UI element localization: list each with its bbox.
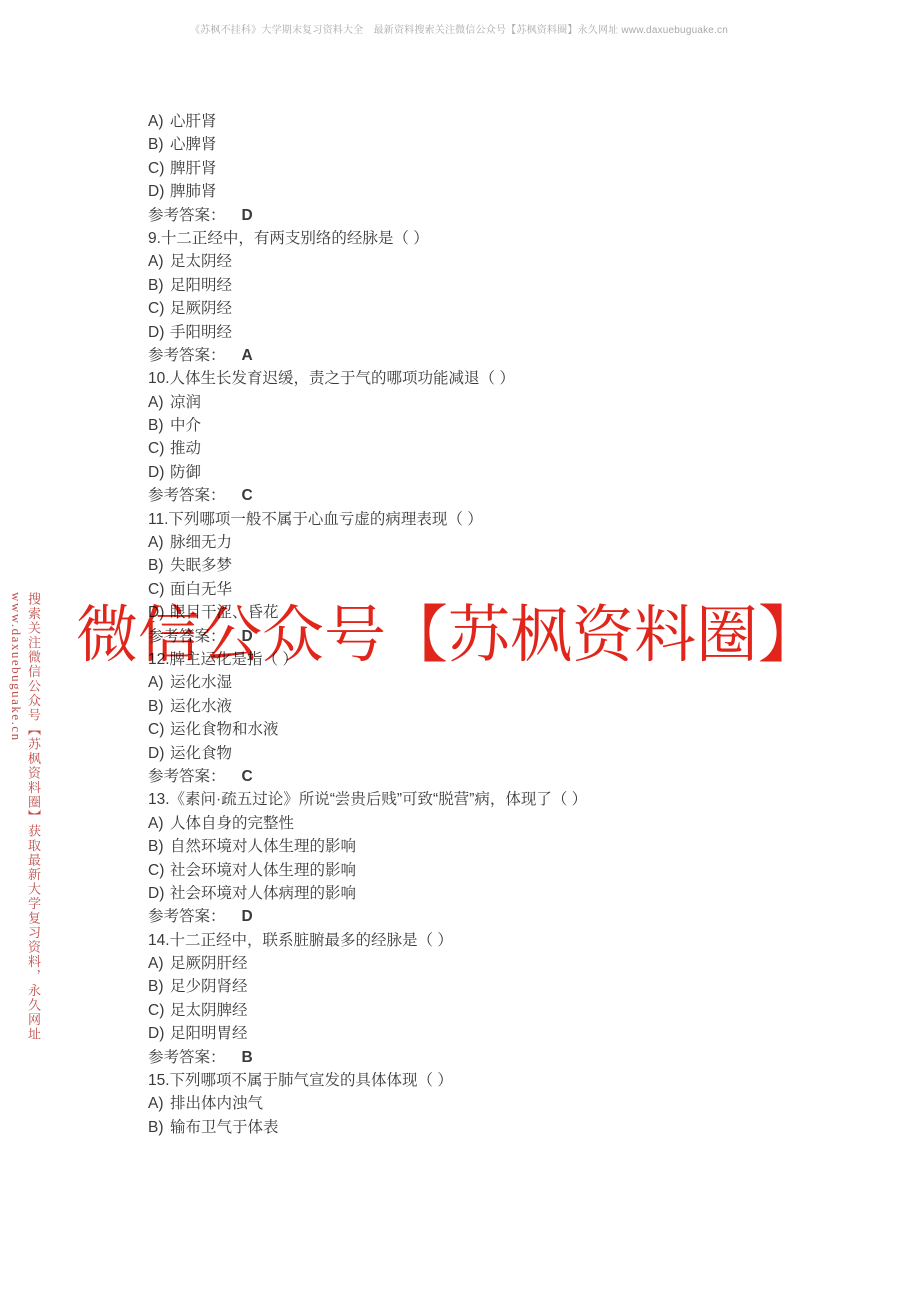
option-text: 运化食物和水液 bbox=[170, 721, 279, 738]
option-line: A)排出体内浊气 bbox=[148, 1092, 828, 1115]
answer-value: A bbox=[242, 347, 253, 364]
option-label: B) bbox=[148, 835, 170, 858]
question-text: 14.十二正经中，联系脏腑最多的经脉是（ ） bbox=[148, 932, 453, 949]
option-label: D) bbox=[148, 1022, 170, 1045]
option-label: B) bbox=[148, 133, 170, 156]
option-text: 人体自身的完整性 bbox=[170, 815, 294, 832]
option-label: B) bbox=[148, 414, 170, 437]
option-text: 输布卫气于体表 bbox=[170, 1119, 279, 1136]
option-text: 运化水液 bbox=[170, 698, 232, 715]
answer-label: 参考答案： bbox=[148, 347, 226, 364]
option-text: 自然环境对人体生理的影响 bbox=[170, 838, 356, 855]
answer-label: 参考答案： bbox=[148, 1049, 226, 1066]
option-label: A) bbox=[148, 952, 170, 975]
option-line: B)心脾肾 bbox=[148, 133, 828, 156]
option-text: 中介 bbox=[170, 417, 201, 434]
question-text: 13.《素问·疏五过论》所说“尝贵后贱”可致“脱营”病，体现了（ ） bbox=[148, 791, 587, 808]
option-text: 足太阴经 bbox=[170, 253, 232, 270]
option-line: B)失眠多梦 bbox=[148, 554, 828, 577]
option-line: D)防御 bbox=[148, 461, 828, 484]
option-text: 足阳明胃经 bbox=[170, 1025, 248, 1042]
option-label: C) bbox=[148, 297, 170, 320]
left-vertical-watermark: 搜索关注微信公众号【苏枫资料圈】获取最新大学复习资料，永久网址 www.daxu… bbox=[8, 592, 43, 1112]
option-line: B)足阳明经 bbox=[148, 274, 828, 297]
option-label: D) bbox=[148, 321, 170, 344]
answer-line: 参考答案：C bbox=[148, 765, 828, 788]
answer-label: 参考答案： bbox=[148, 207, 226, 224]
option-text: 社会环境对人体生理的影响 bbox=[170, 862, 356, 879]
option-text: 足阳明经 bbox=[170, 277, 232, 294]
option-label: C) bbox=[148, 718, 170, 741]
option-label: C) bbox=[148, 999, 170, 1022]
option-text: 运化水湿 bbox=[170, 674, 232, 691]
option-text: 社会环境对人体病理的影响 bbox=[170, 885, 356, 902]
question-text: 9.十二正经中，有两支别络的经脉是（ ） bbox=[148, 230, 429, 247]
option-line: D)脾肺肾 bbox=[148, 180, 828, 203]
option-text: 失眠多梦 bbox=[170, 557, 232, 574]
option-line: C)脾肝肾 bbox=[148, 157, 828, 180]
option-line: A)人体自身的完整性 bbox=[148, 812, 828, 835]
page-header-text: 《苏枫不挂科》大学期末复习资料大全 最新资料搜索关注微信公众号【苏枫资料圈】永久… bbox=[0, 21, 918, 36]
option-line: C)社会环境对人体生理的影响 bbox=[148, 859, 828, 882]
option-line: D)足阳明胃经 bbox=[148, 1022, 828, 1045]
option-label: B) bbox=[148, 695, 170, 718]
option-label: D) bbox=[148, 180, 170, 203]
option-line: B)运化水液 bbox=[148, 695, 828, 718]
option-text: 防御 bbox=[170, 464, 201, 481]
option-label: A) bbox=[148, 391, 170, 414]
option-text: 脉细无力 bbox=[170, 534, 232, 551]
option-label: C) bbox=[148, 578, 170, 601]
option-label: D) bbox=[148, 742, 170, 765]
option-text: 足厥阴肝经 bbox=[170, 955, 248, 972]
option-text: 心脾肾 bbox=[170, 136, 217, 153]
option-label: A) bbox=[148, 531, 170, 554]
option-line: D)社会环境对人体病理的影响 bbox=[148, 882, 828, 905]
option-label: B) bbox=[148, 975, 170, 998]
option-text: 运化食物 bbox=[170, 745, 232, 762]
answer-value: D bbox=[242, 207, 253, 224]
answer-label: 参考答案： bbox=[148, 768, 226, 785]
option-line: A)足厥阴肝经 bbox=[148, 952, 828, 975]
option-line: C)足厥阴经 bbox=[148, 297, 828, 320]
answer-value: C bbox=[242, 487, 253, 504]
question-line: 10.人体生长发育迟缓，责之于气的哪项功能减退（ ） bbox=[148, 367, 828, 390]
option-line: A)心肝肾 bbox=[148, 110, 828, 133]
option-text: 面白无华 bbox=[170, 581, 232, 598]
answer-label: 参考答案： bbox=[148, 487, 226, 504]
answer-line: 参考答案：A bbox=[148, 344, 828, 367]
answer-value: C bbox=[242, 768, 253, 785]
option-label: A) bbox=[148, 1092, 170, 1115]
option-text: 脾肺肾 bbox=[170, 183, 217, 200]
question-text: 15.下列哪项不属于肺气宣发的具体体现（ ） bbox=[148, 1072, 453, 1089]
option-line: D)手阳明经 bbox=[148, 321, 828, 344]
option-label: C) bbox=[148, 859, 170, 882]
option-text: 足少阴肾经 bbox=[170, 978, 248, 995]
option-label: A) bbox=[148, 671, 170, 694]
option-line: C)面白无华 bbox=[148, 578, 828, 601]
option-line: B)中介 bbox=[148, 414, 828, 437]
option-text: 排出体内浊气 bbox=[170, 1095, 263, 1112]
option-text: 心肝肾 bbox=[170, 113, 217, 130]
option-line: C)运化食物和水液 bbox=[148, 718, 828, 741]
option-text: 推动 bbox=[170, 440, 201, 457]
answer-value: B bbox=[242, 1049, 253, 1066]
question-line: 9.十二正经中，有两支别络的经脉是（ ） bbox=[148, 227, 828, 250]
option-label: D) bbox=[148, 461, 170, 484]
question-line: 13.《素问·疏五过论》所说“尝贵后贱”可致“脱营”病，体现了（ ） bbox=[148, 788, 828, 811]
option-line: B)自然环境对人体生理的影响 bbox=[148, 835, 828, 858]
option-line: A)足太阴经 bbox=[148, 250, 828, 273]
question-line: 14.十二正经中，联系脏腑最多的经脉是（ ） bbox=[148, 929, 828, 952]
option-line: B)足少阴肾经 bbox=[148, 975, 828, 998]
option-label: D) bbox=[148, 882, 170, 905]
option-label: B) bbox=[148, 274, 170, 297]
option-text: 凉润 bbox=[170, 394, 201, 411]
question-line: 11.下列哪项一般不属于心血亏虚的病理表现（ ） bbox=[148, 508, 828, 531]
option-label: A) bbox=[148, 250, 170, 273]
answer-line: 参考答案：D bbox=[148, 204, 828, 227]
option-line: B)输布卫气于体表 bbox=[148, 1116, 828, 1139]
option-label: B) bbox=[148, 1116, 170, 1139]
answer-line: 参考答案：C bbox=[148, 484, 828, 507]
answer-label: 参考答案： bbox=[148, 908, 226, 925]
question-text: 11.下列哪项一般不属于心血亏虚的病理表现（ ） bbox=[148, 511, 483, 528]
option-label: C) bbox=[148, 437, 170, 460]
option-text: 足太阴脾经 bbox=[170, 1002, 248, 1019]
option-label: A) bbox=[148, 110, 170, 133]
answer-value: D bbox=[242, 908, 253, 925]
option-line: D)运化食物 bbox=[148, 742, 828, 765]
question-text: 10.人体生长发育迟缓，责之于气的哪项功能减退（ ） bbox=[148, 370, 515, 387]
answer-line: 参考答案：D bbox=[148, 905, 828, 928]
answer-line: 参考答案：B bbox=[148, 1046, 828, 1069]
option-text: 手阳明经 bbox=[170, 324, 232, 341]
option-label: B) bbox=[148, 554, 170, 577]
document-page: 《苏枫不挂科》大学期末复习资料大全 最新资料搜索关注微信公众号【苏枫资料圈】永久… bbox=[0, 0, 918, 1298]
option-text: 脾肝肾 bbox=[170, 160, 217, 177]
option-line: A)凉润 bbox=[148, 391, 828, 414]
option-line: A)脉细无力 bbox=[148, 531, 828, 554]
watermark-large-text: 微信公众号【苏枫资料圈】 bbox=[76, 601, 820, 672]
option-text: 足厥阴经 bbox=[170, 300, 232, 317]
option-label: A) bbox=[148, 812, 170, 835]
option-line: A)运化水湿 bbox=[148, 671, 828, 694]
option-line: C)足太阴脾经 bbox=[148, 999, 828, 1022]
option-line: C)推动 bbox=[148, 437, 828, 460]
question-line: 15.下列哪项不属于肺气宣发的具体体现（ ） bbox=[148, 1069, 828, 1092]
option-label: C) bbox=[148, 157, 170, 180]
